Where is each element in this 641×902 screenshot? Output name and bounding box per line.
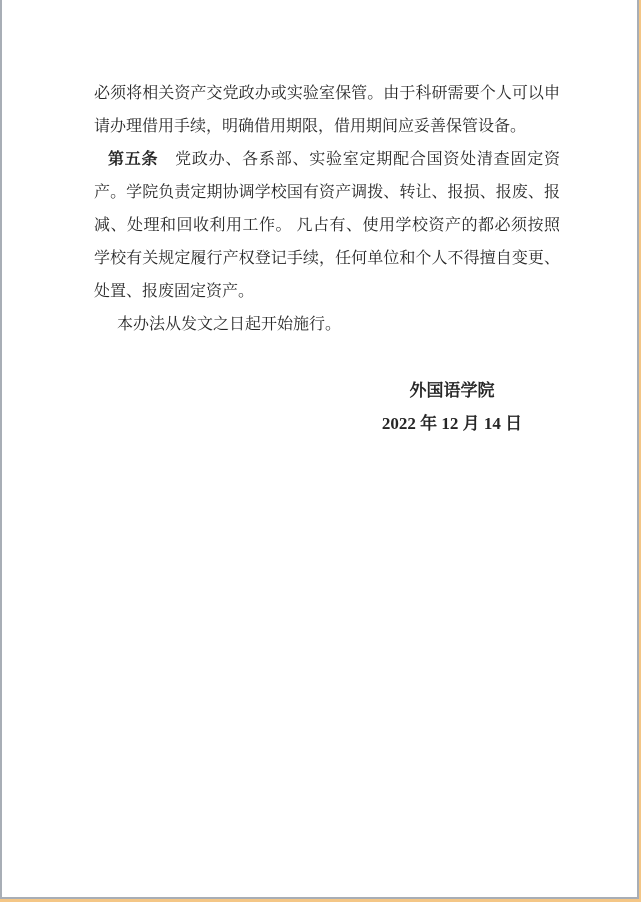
document-viewport: { "window": { "outer_background_color": … [0,0,641,902]
paragraph-article-5: 第五条 党政办、各系部、实验室定期配合国资处清查固定资产。学院负责定期协调学校国… [94,143,560,308]
article-5-text: 党政办、各系部、实验室定期配合国资处清查固定资产。学院负责定期协调学校国有资产调… [94,151,560,300]
signature-date: 2022 年 12 月 14 日 [352,407,552,440]
paragraph-closing: 本办法从发文之日起开始施行。 [94,308,560,341]
document-body: 必须将相关资产交党政办或实验室保管。由于科研需要个人可以申请办理借用手续，明确借… [94,77,560,440]
paragraph-continuation: 必须将相关资产交党政办或实验室保管。由于科研需要个人可以申请办理借用手续，明确借… [94,77,560,143]
signature-organization: 外国语学院 [352,374,552,407]
signature-block: 外国语学院 2022 年 12 月 14 日 [352,374,552,440]
article-5-label: 第五条 [108,151,158,168]
document-page: 必须将相关资产交党政办或实验室保管。由于科研需要个人可以申请办理借用手续，明确借… [0,0,639,899]
article-5-separator [158,151,175,168]
